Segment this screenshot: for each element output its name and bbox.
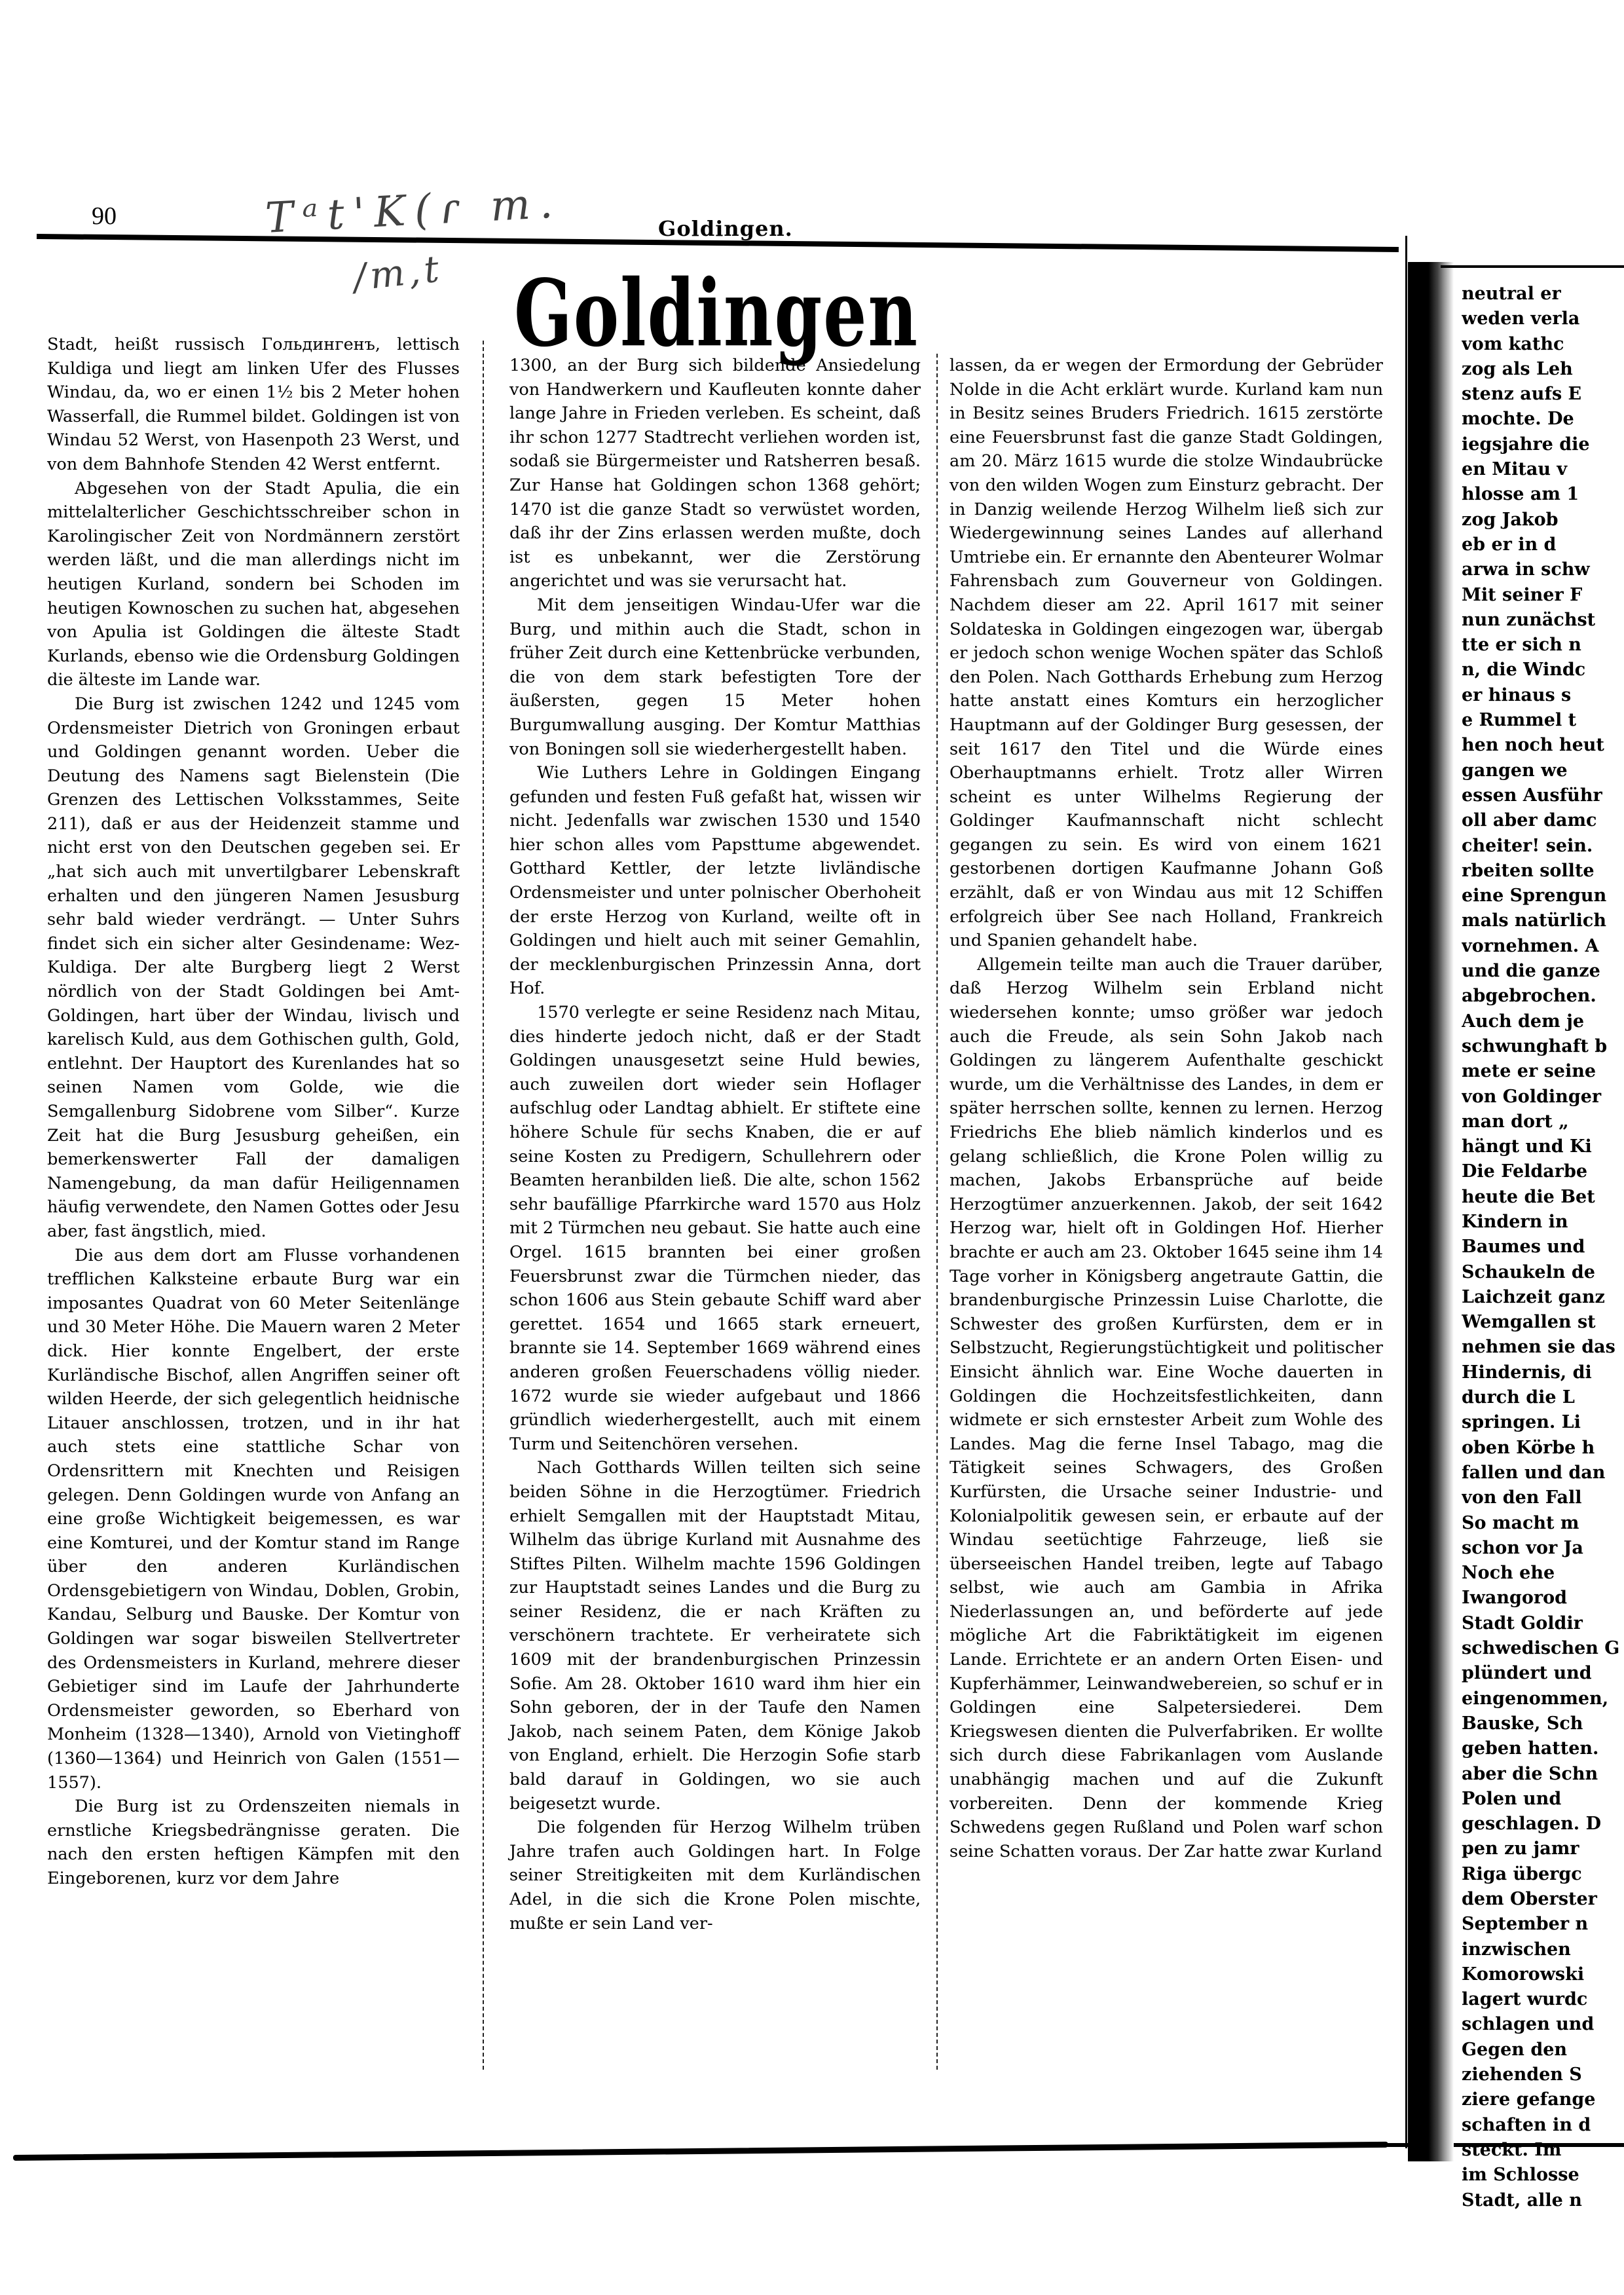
paragraph: Mit dem jenseitigen Windau-Ufer war die … bbox=[509, 593, 921, 761]
adjacent-page-line: schaften in d bbox=[1462, 2113, 1624, 2138]
adjacent-page-line: ziehenden S bbox=[1462, 2062, 1624, 2087]
adjacent-page-line: Riga übergc bbox=[1462, 1862, 1624, 1887]
adjacent-page-line: schon vor Ja bbox=[1462, 1536, 1624, 1561]
adjacent-page-line: Die Feldarbe bbox=[1462, 1159, 1624, 1184]
scan-binding-edge bbox=[1405, 236, 1407, 2148]
adjacent-page-line: iegsjahre die bbox=[1462, 432, 1624, 457]
adjacent-page-line: eingenommen, bbox=[1462, 1687, 1624, 1711]
adjacent-page-line: mals natürlich bbox=[1462, 908, 1624, 933]
adjacent-page-line: pen zu jamr bbox=[1462, 1837, 1624, 1861]
adjacent-page-line: abgebrochen. bbox=[1462, 984, 1624, 1009]
adjacent-page-line: Auch dem je bbox=[1462, 1009, 1624, 1034]
running-head: Goldingen. bbox=[658, 216, 793, 241]
adjacent-page-line: fallen und dan bbox=[1462, 1461, 1624, 1485]
adjacent-page-line: zog als Leh bbox=[1462, 357, 1624, 382]
column-divider bbox=[483, 341, 484, 2070]
adjacent-page-line: tte er sich n bbox=[1462, 633, 1624, 658]
handwritten-annotation-2: /m,t bbox=[352, 248, 445, 299]
adjacent-page-line: stenz aufs E bbox=[1462, 382, 1624, 407]
adjacent-page-line: So macht m bbox=[1462, 1511, 1624, 1536]
adjacent-page-line: er hinaus s bbox=[1462, 683, 1624, 708]
adjacent-page-line: Baumes und bbox=[1462, 1235, 1624, 1259]
adjacent-page-line: neutral er bbox=[1462, 282, 1624, 307]
adjacent-page-line: Laichzeit ganz bbox=[1462, 1285, 1624, 1310]
adjacent-page-line: nun zunächst bbox=[1462, 608, 1624, 633]
adjacent-page-line: essen Ausführ bbox=[1462, 783, 1624, 808]
adjacent-page-line: von den Fall bbox=[1462, 1485, 1624, 1510]
adjacent-page-line: oll aber damc bbox=[1462, 808, 1624, 833]
adjacent-page-line: durch die L bbox=[1462, 1385, 1624, 1410]
adjacent-page-line: springen. Li bbox=[1462, 1410, 1624, 1435]
adjacent-page-line: Mit seiner F bbox=[1462, 583, 1624, 608]
page-number: 90 bbox=[92, 202, 117, 231]
adjacent-page-line: cheiter! sein. bbox=[1462, 834, 1624, 859]
adjacent-page-line: hängt und Ki bbox=[1462, 1134, 1624, 1159]
adjacent-page-line: Stadt Goldir bbox=[1462, 1611, 1624, 1636]
column-3: lassen, da er wegen der Ermordung der Ge… bbox=[950, 354, 1383, 1863]
adjacent-page-line: lagert wurdc bbox=[1462, 1987, 1624, 2012]
adjacent-page-line: arwa in schw bbox=[1462, 557, 1624, 582]
adjacent-page-line: aber die Schn bbox=[1462, 1762, 1624, 1787]
adjacent-page-line: n, die Windc bbox=[1462, 658, 1624, 682]
paragraph: Stadt, heißt russisch Гольдингенъ, letti… bbox=[47, 333, 460, 477]
adjacent-page-line: weden verla bbox=[1462, 307, 1624, 331]
adjacent-page-line: schlagen und bbox=[1462, 2012, 1624, 2037]
adjacent-page-line: oben Körbe h bbox=[1462, 1436, 1624, 1461]
adjacent-page-line: Bauske, Sch bbox=[1462, 1711, 1624, 1736]
adjacent-page-line: vornehmen. A bbox=[1462, 934, 1624, 959]
adjacent-page-line: hen noch heut bbox=[1462, 733, 1624, 758]
paragraph: lassen, da er wegen der Ermordung der Ge… bbox=[950, 354, 1383, 953]
adjacent-page-line: Schaukeln de bbox=[1462, 1260, 1624, 1285]
adjacent-page-line: und die ganze bbox=[1462, 959, 1624, 984]
adjacent-page-line: plündert und bbox=[1462, 1661, 1624, 1686]
adjacent-page-line: eine Sprengun bbox=[1462, 884, 1624, 908]
adjacent-page-line: September n bbox=[1462, 1912, 1624, 1937]
article-title: Goldingen bbox=[514, 259, 881, 367]
bottom-rule bbox=[13, 2142, 1388, 2161]
adjacent-page-line: Noch ehe bbox=[1462, 1561, 1624, 1586]
adjacent-page-line: schwunghaft b bbox=[1462, 1034, 1624, 1059]
adjacent-page-line: geben hatten. bbox=[1462, 1736, 1624, 1761]
adjacent-page-line: eb er in d bbox=[1462, 532, 1624, 557]
paragraph: Allgemein teilte man auch die Trauer dar… bbox=[950, 953, 1383, 1864]
adjacent-page-line: e Rummel t bbox=[1462, 708, 1624, 733]
adjacent-page-line: en Mitau v bbox=[1462, 457, 1624, 482]
paragraph: Die folgenden für Herzog Wilhelm trüben … bbox=[509, 1816, 921, 1935]
scan-binding-shadow bbox=[1408, 262, 1454, 2161]
adjacent-page-line: Wemgallen st bbox=[1462, 1310, 1624, 1335]
adjacent-page-line: hlosse am 1 bbox=[1462, 482, 1624, 507]
adjacent-page-line: nehmen sie das bbox=[1462, 1335, 1624, 1360]
adjacent-page-line: Kindern in bbox=[1462, 1210, 1624, 1235]
paragraph: Nach Gotthards Willen teilten sich seine… bbox=[509, 1456, 921, 1816]
adjacent-page-line: ziere gefange bbox=[1462, 2087, 1624, 2112]
adjacent-page-line: dem Oberster bbox=[1462, 1887, 1624, 1912]
adjacent-page-line: Iwangorod bbox=[1462, 1586, 1624, 1611]
adjacent-page-line: Gegen den bbox=[1462, 2038, 1624, 2062]
adjacent-page-line: man dort „ bbox=[1462, 1110, 1624, 1134]
adjacent-page-column: neutral erweden verlavom kathczog als Le… bbox=[1462, 282, 1624, 2213]
adjacent-page-rule bbox=[1441, 265, 1624, 268]
adjacent-page-line: von Goldinger bbox=[1462, 1085, 1624, 1110]
adjacent-page-line: zog Jakob bbox=[1462, 508, 1624, 532]
adjacent-page-line: steckt. Im bbox=[1462, 2138, 1624, 2163]
column-divider bbox=[936, 354, 938, 2070]
adjacent-page-line: vom kathc bbox=[1462, 332, 1624, 357]
adjacent-page-line: im Schlosse bbox=[1462, 2163, 1624, 2188]
paragraph: Die aus dem dort am Flusse vorhandenen t… bbox=[47, 1244, 460, 1795]
adjacent-page-line: mochte. De bbox=[1462, 407, 1624, 432]
column-2: 1300, an der Burg sich bildende Ansiedel… bbox=[509, 354, 921, 1935]
adjacent-page-line: rbeiten sollte bbox=[1462, 859, 1624, 884]
handwritten-annotation: Tᵃt'K(ɾ m. bbox=[264, 179, 563, 243]
adjacent-page-line: geschlagen. D bbox=[1462, 1812, 1624, 1837]
paragraph: 1570 verlegte er seine Residenz nach Mit… bbox=[509, 1001, 921, 1456]
adjacent-page-line: heute die Bet bbox=[1462, 1185, 1624, 1210]
paragraph: Die Burg ist zu Ordenszeiten niemals in … bbox=[47, 1795, 460, 1890]
paragraph: Wie Luthers Lehre in Goldingen Eingang g… bbox=[509, 761, 921, 1001]
adjacent-page-line: Komorowski bbox=[1462, 1962, 1624, 1987]
paragraph: 1300, an der Burg sich bildende Ansiedel… bbox=[509, 354, 921, 593]
adjacent-page-line: schwedischen G bbox=[1462, 1636, 1624, 1661]
column-1: Stadt, heißt russisch Гольдингенъ, letti… bbox=[47, 333, 460, 1891]
adjacent-page-line: mete er seine bbox=[1462, 1059, 1624, 1084]
paragraph: Abgesehen von der Stadt Apulia, die ein … bbox=[47, 477, 460, 692]
adjacent-page-line: inzwischen bbox=[1462, 1937, 1624, 1962]
adjacent-page-line: gangen we bbox=[1462, 758, 1624, 783]
adjacent-page-line: Hindernis, di bbox=[1462, 1360, 1624, 1385]
adjacent-page-line: Polen und bbox=[1462, 1787, 1624, 1812]
adjacent-page-line: Stadt, alle n bbox=[1462, 2188, 1624, 2213]
paragraph: Die Burg ist zwischen 1242 und 1245 vom … bbox=[47, 692, 460, 1244]
